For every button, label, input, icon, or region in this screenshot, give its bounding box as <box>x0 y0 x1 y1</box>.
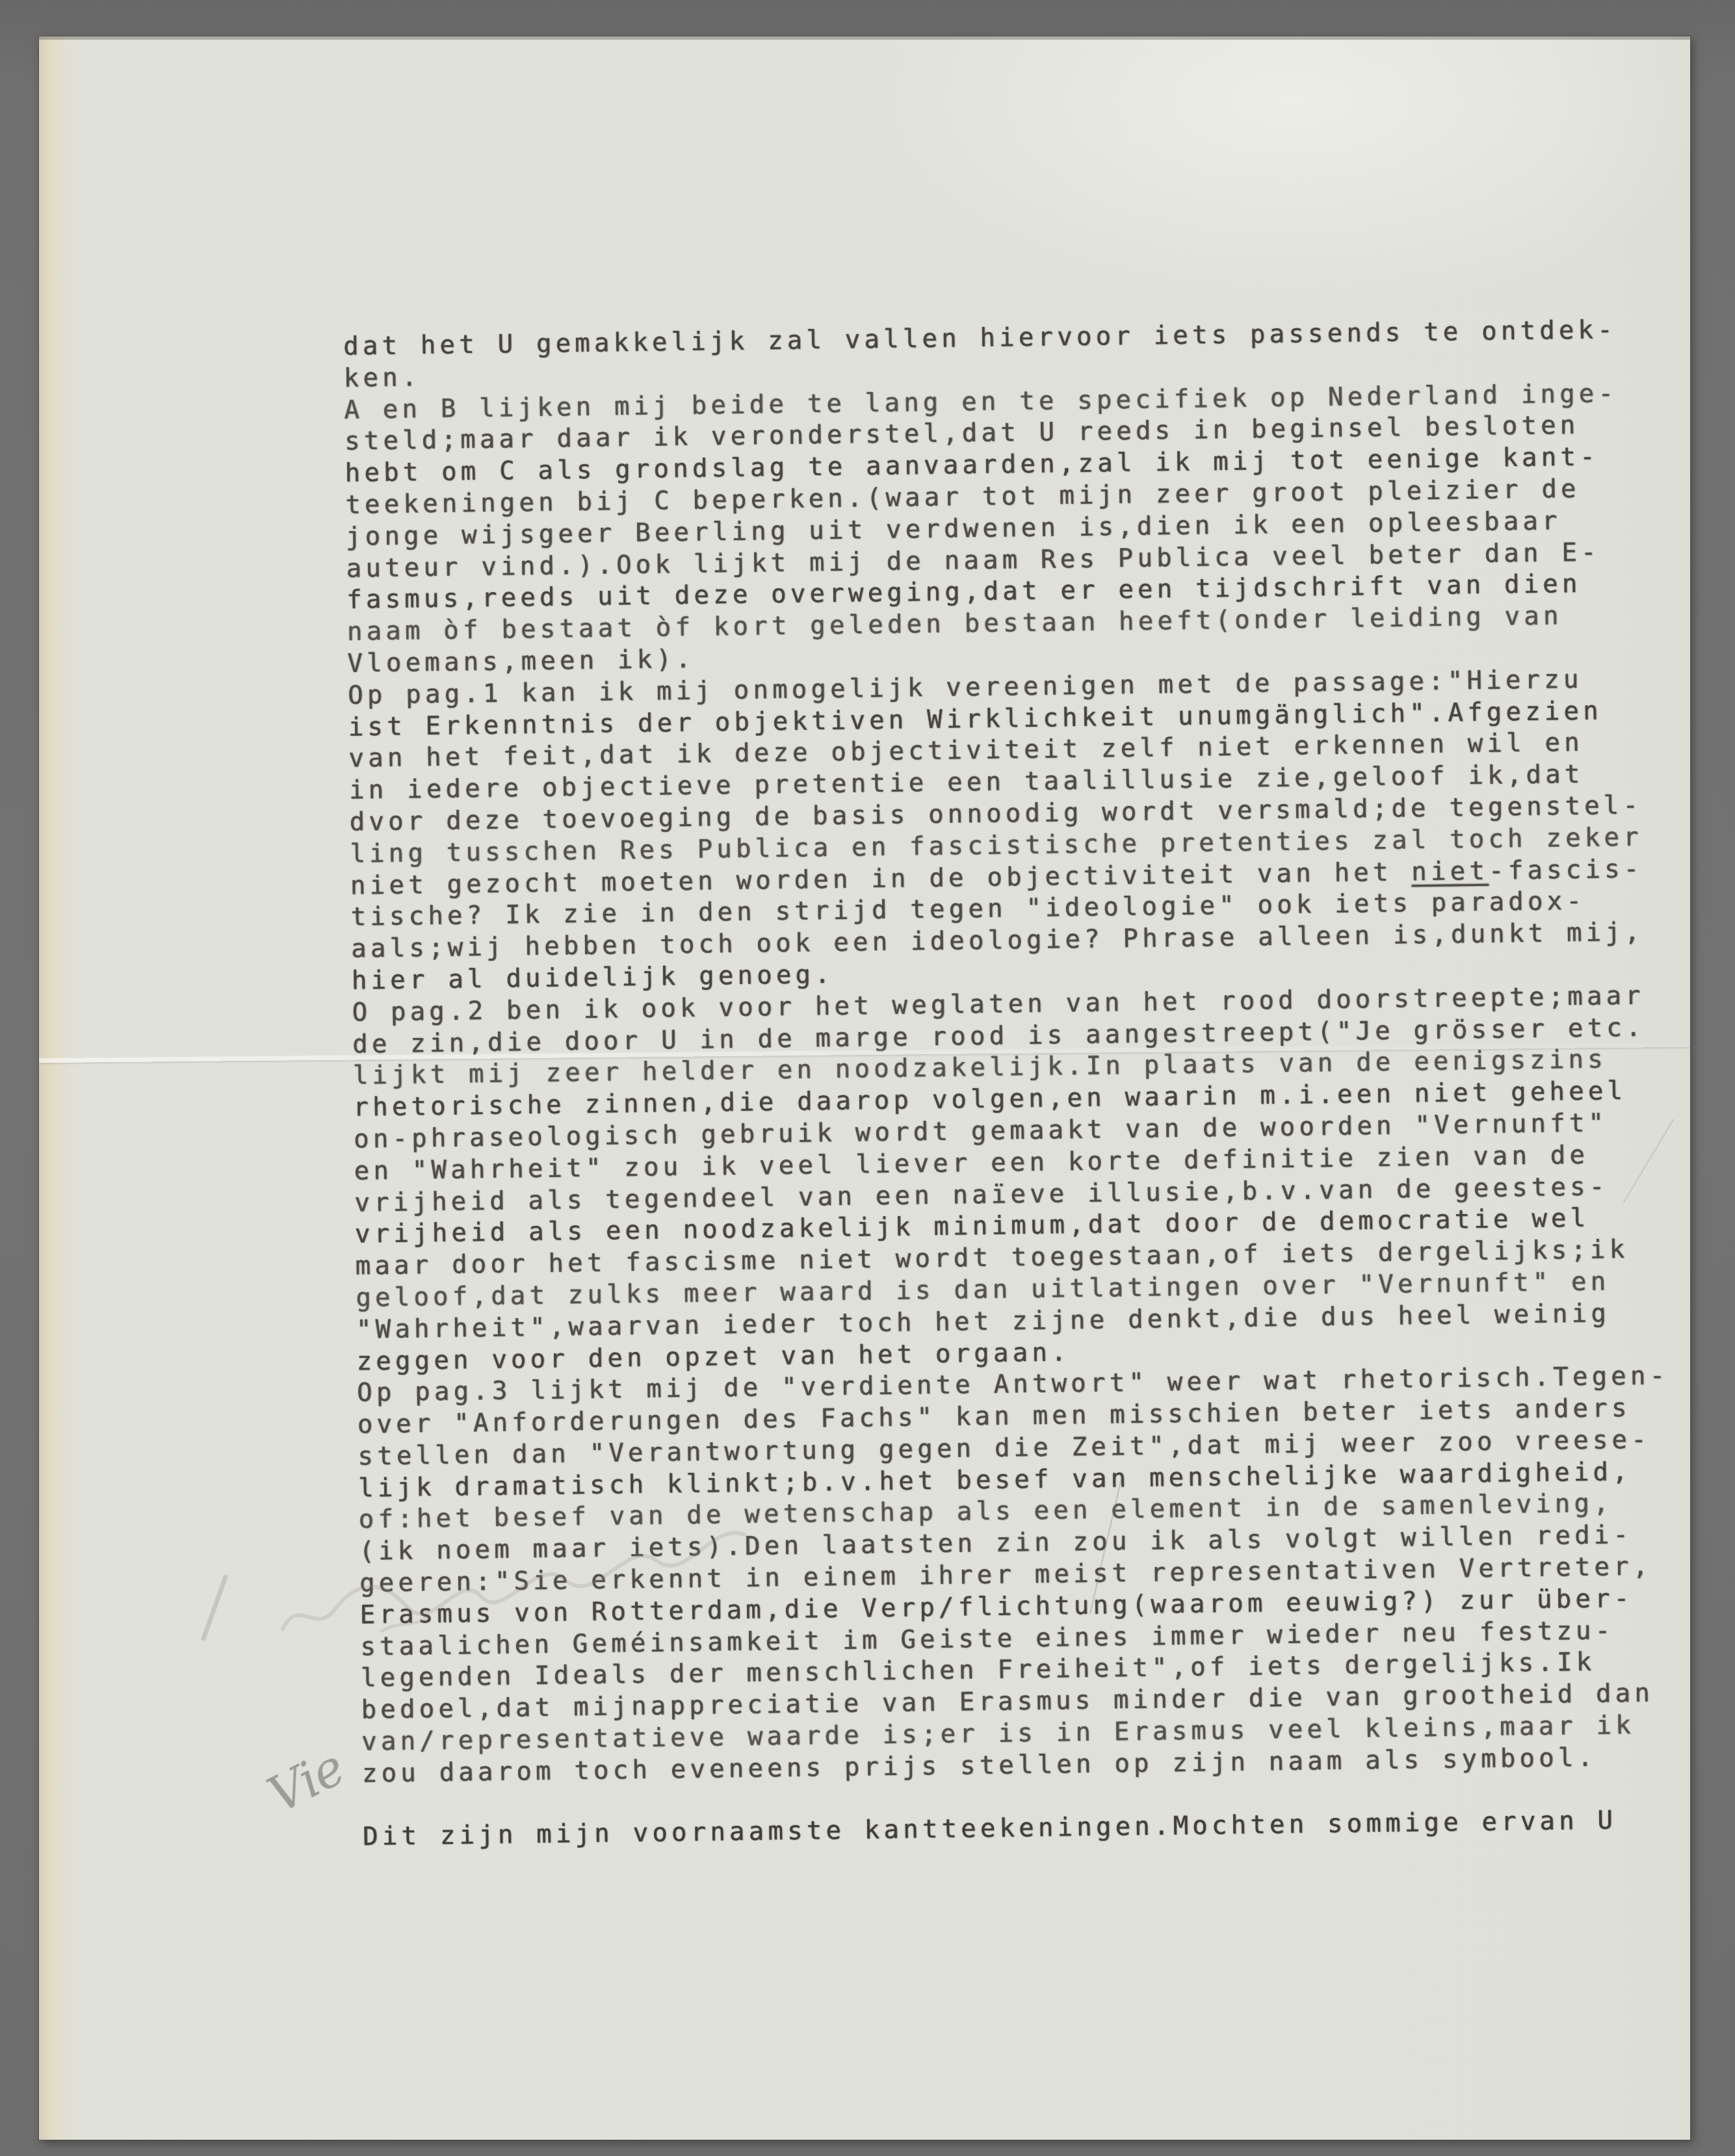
underlined-word: niet <box>1411 856 1489 887</box>
scanned-letter-page: { "colors": { "backdrop": "#707070", "pa… <box>0 0 1735 2156</box>
paper-top-edge-shadow <box>39 36 1690 40</box>
typed-text: -fascis- <box>1489 854 1643 885</box>
pencil-note: Vie <box>259 1738 353 1824</box>
letter-paper: dat het U gemakkelijk zal vallen hiervoo… <box>39 36 1690 2140</box>
pencil-scribble <box>185 1499 809 1655</box>
